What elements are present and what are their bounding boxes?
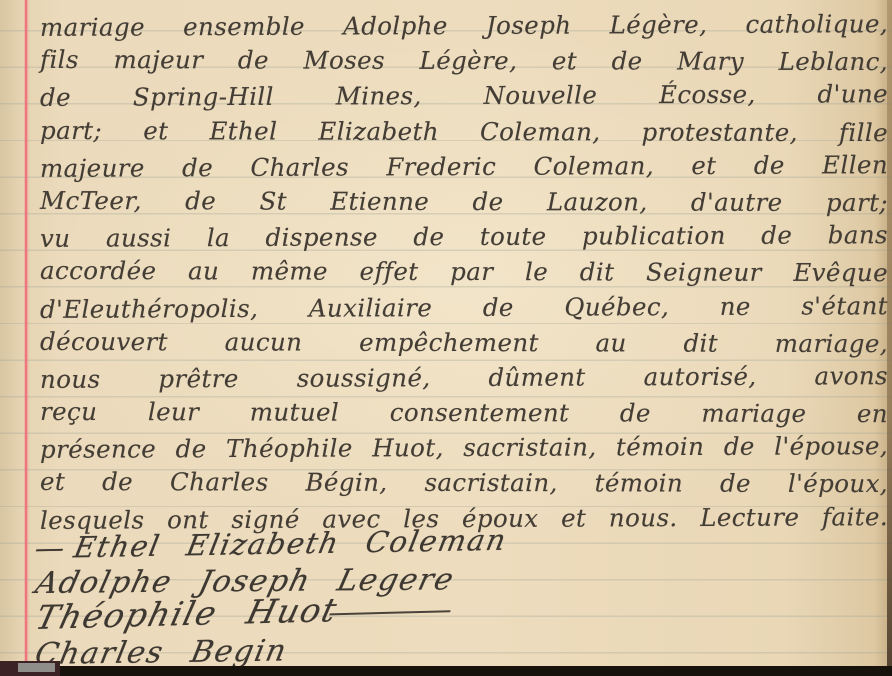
handwritten-line-5: majeure de Charles Frederic Coleman, et … bbox=[40, 147, 888, 186]
pen-dash: — bbox=[32, 530, 68, 565]
handwritten-line-4: part; et Ethel Elizabeth Coleman, protes… bbox=[40, 112, 888, 149]
handwritten-line-8: accordée au même effet par le dit Seigne… bbox=[40, 253, 888, 290]
red-margin-line bbox=[25, 0, 27, 666]
handwritten-line-12: reçu leur mutuel consentement de mariage… bbox=[40, 394, 888, 431]
handwritten-line-10: découvert aucun empêchement au dit maria… bbox=[40, 324, 888, 361]
signature-text: Théophile Huot bbox=[32, 590, 342, 637]
handwritten-line-3: de Spring-Hill Mines, Nouvelle Écosse, d… bbox=[40, 77, 888, 116]
signature-text: Ethel Elizabeth Coleman bbox=[71, 523, 510, 565]
scan-edge-bar bbox=[0, 666, 892, 676]
handwritten-line-6: McTeer, de St Etienne de Lauzon, d'autre… bbox=[40, 183, 888, 220]
handwritten-line-13: présence de Théophile Huot, sacristain, … bbox=[40, 428, 888, 467]
record-body: mariage ensemble Adolphe Joseph Légère, … bbox=[40, 8, 888, 536]
handwritten-line-11: nous prêtre soussigné, dûment autorisé, … bbox=[40, 358, 888, 397]
register-page-scan: mariage ensemble Adolphe Joseph Légère, … bbox=[0, 0, 892, 676]
handwritten-line-1: mariage ensemble Adolphe Joseph Légère, … bbox=[40, 6, 888, 45]
signature-ethel-elizabeth-coleman: —Ethel Elizabeth Coleman bbox=[32, 523, 510, 565]
handwritten-line-2: fils majeur de Moses Légère, et de Mary … bbox=[40, 42, 888, 79]
handwritten-line-14: et de Charles Bégin, sacristain, témoin … bbox=[40, 464, 888, 501]
scan-corner-grey-block bbox=[18, 663, 55, 672]
handwritten-line-7: vu aussi la dispense de toute publicatio… bbox=[40, 217, 888, 256]
handwritten-line-9: d'Eleuthéropolis, Auxiliaire de Québec, … bbox=[40, 288, 888, 327]
pen-flourish bbox=[330, 610, 451, 615]
